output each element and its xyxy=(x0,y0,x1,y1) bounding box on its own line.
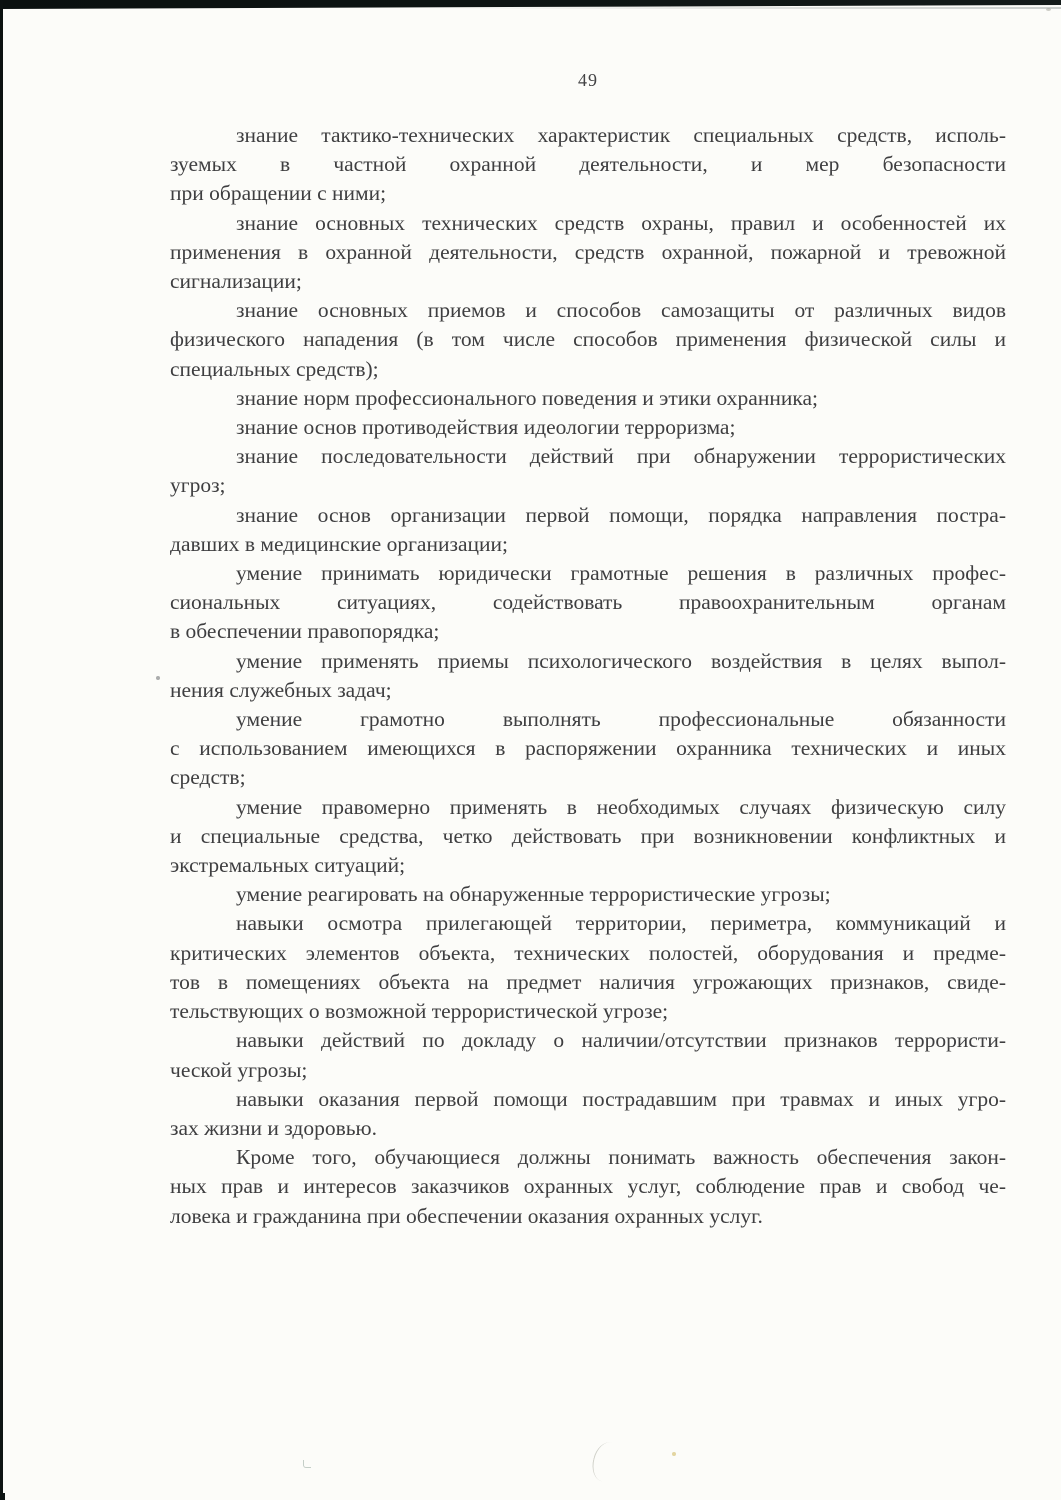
text-line: умение грамотно выполнять профессиональн… xyxy=(170,705,1006,734)
paragraph: умение грамотно выполнять профессиональн… xyxy=(170,705,1006,793)
scan-smudge-curve xyxy=(589,1439,625,1484)
text-line: и специальные средства, четко действоват… xyxy=(170,822,1006,851)
paragraph: умение принимать юридически грамотные ре… xyxy=(170,559,1006,647)
text-line: тельствующих о возможной террористическо… xyxy=(170,997,1006,1026)
text-line: в обеспечении правопорядка; xyxy=(170,617,1006,646)
paragraph: знание основных технических средств охра… xyxy=(170,209,1006,297)
text-line: нения служебных задач; xyxy=(170,676,1006,705)
document-body: знание тактико-технических характеристик… xyxy=(170,121,1006,1231)
paragraph: Кроме того, обучающиеся должны понимать … xyxy=(170,1143,1006,1231)
text-line: навыки оказания первой помощи пострадавш… xyxy=(170,1085,1006,1114)
text-line: умение правомерно применять в необходимы… xyxy=(170,793,1006,822)
text-line: умение применять приемы психологического… xyxy=(170,647,1006,676)
text-line: зах жизни и здоровью. xyxy=(170,1114,1006,1143)
text-line: физического нападения (в том числе спосо… xyxy=(170,325,1006,354)
text-line: навыки действий по докладу о наличии/отс… xyxy=(170,1026,1006,1055)
text-line: навыки осмотра прилегающей территории, п… xyxy=(170,909,1006,938)
paragraph: знание норм профессионального поведения … xyxy=(170,384,1006,413)
scan-speck xyxy=(672,1452,676,1456)
text-line: знание основ противодействия идеологии т… xyxy=(170,413,1006,442)
paragraph: знание основных приемов и способов самоз… xyxy=(170,296,1006,384)
paragraph: навыки оказания первой помощи пострадавш… xyxy=(170,1085,1006,1143)
scan-smudge-tick xyxy=(303,1460,311,1468)
paragraph: навыки действий по докладу о наличии/отс… xyxy=(170,1026,1006,1084)
text-line: угроз; xyxy=(170,471,1006,500)
text-line: ловека и гражданина при обеспечении оказ… xyxy=(170,1202,1006,1231)
paragraph: умение применять приемы психологического… xyxy=(170,647,1006,705)
paragraph: умение правомерно применять в необходимы… xyxy=(170,793,1006,881)
text-line: критических элементов объекта, техническ… xyxy=(170,939,1006,968)
text-line: применения в охранной деятельности, сред… xyxy=(170,238,1006,267)
page-number: 49 xyxy=(170,70,1006,91)
scan-edge-left xyxy=(0,0,3,1500)
text-line: средств; xyxy=(170,763,1006,792)
text-line: давших в медицинские организации; xyxy=(170,530,1006,559)
text-line: сиональных ситуациях, содействовать прав… xyxy=(170,588,1006,617)
paragraph: знание основ организации первой помощи, … xyxy=(170,501,1006,559)
text-line: специальных средств); xyxy=(170,355,1006,384)
text-line: знание норм профессионального поведения … xyxy=(170,384,1006,413)
text-line: ных прав и интересов заказчиков охранных… xyxy=(170,1172,1006,1201)
scan-dot xyxy=(156,676,160,680)
text-line: умение реагировать на обнаруженные терро… xyxy=(170,880,1006,909)
text-line: знание тактико-технических характеристик… xyxy=(170,121,1006,150)
text-line: знание основ организации первой помощи, … xyxy=(170,501,1006,530)
text-line: при обращении с ними; xyxy=(170,179,1006,208)
text-line: тов в помещениях объекта на предмет нали… xyxy=(170,968,1006,997)
scan-edge-corner xyxy=(0,1493,5,1500)
paragraph: знание тактико-технических характеристик… xyxy=(170,121,1006,209)
text-line: умение принимать юридически грамотные ре… xyxy=(170,559,1006,588)
paragraph: знание последовательности действий при о… xyxy=(170,442,1006,500)
text-line: экстремальных ситуаций; xyxy=(170,851,1006,880)
text-line: ческой угрозы; xyxy=(170,1056,1006,1085)
text-line: знание последовательности действий при о… xyxy=(170,442,1006,471)
text-line: Кроме того, обучающиеся должны понимать … xyxy=(170,1143,1006,1172)
text-line: с использованием имеющихся в распоряжени… xyxy=(170,734,1006,763)
paragraph: знание основ противодействия идеологии т… xyxy=(170,413,1006,442)
paragraph: навыки осмотра прилегающей территории, п… xyxy=(170,909,1006,1026)
text-line: сигнализации; xyxy=(170,267,1006,296)
paragraph: умение реагировать на обнаруженные терро… xyxy=(170,880,1006,909)
scanned-page: 49 знание тактико-технических характерис… xyxy=(0,0,1061,1500)
text-line: знание основных технических средств охра… xyxy=(170,209,1006,238)
text-line: зуемых в частной охранной деятельности, … xyxy=(170,150,1006,179)
text-line: знание основных приемов и способов самоз… xyxy=(170,296,1006,325)
scan-edge-top-shadow xyxy=(420,7,1061,9)
